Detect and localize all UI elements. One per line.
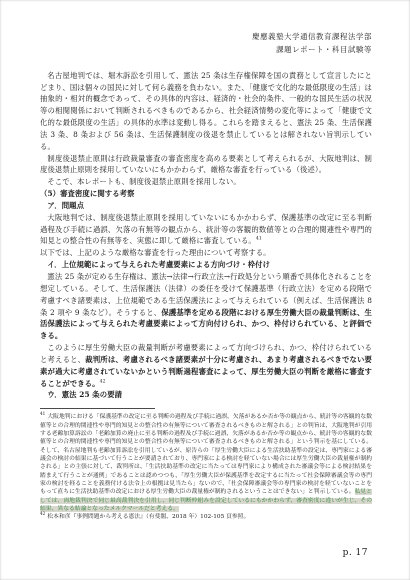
heading-u-article25: ウ．憲法 25 条の要請 bbox=[40, 389, 372, 401]
header-report-line: 課題レポート・科目試験等 bbox=[40, 43, 372, 56]
paragraph-report-position: そこで、本レポートも、制度後退禁止原則を採用しない。 bbox=[40, 176, 372, 188]
paragraph-higher-norms: 憲法 25 条が定める生存権は、憲法→法律→行政立法→行政処分という順番で具体化… bbox=[40, 271, 372, 342]
footnote-41-marker: 41 bbox=[40, 411, 45, 416]
page-footer: p. 17 bbox=[343, 548, 368, 558]
footnote-41-text: 大阪地判における「保護基準の改定に至る判断の過程及び手続に過誤、欠落があるか否か… bbox=[40, 414, 372, 495]
footnote-42-text: 松本和彦『事例問題から考える憲法』（有斐閣、2018 年）102-105 頁参照… bbox=[47, 514, 249, 520]
paragraph-process-review-emphasis: 裁判所は、考慮されるべき諸要素が十分に考慮され、あまり考慮されるべきでない要素が… bbox=[40, 355, 372, 388]
footnote-ref-42: 42 bbox=[100, 379, 106, 384]
footnote-ref-41: 41 bbox=[256, 237, 262, 242]
paragraph-process-review: このように厚生労働大臣の裁量判断が考慮要素によって方向づけられ、かつ、枠付けられ… bbox=[40, 342, 372, 389]
document-body: 名古屋地判では、堀木訴訟を引用して、憲法 25 条は生存権保障を国の責務として宣… bbox=[40, 70, 372, 402]
footnote-42: 42松本和彦『事例問題から考える憲法』（有斐閣、2018 年）102-105 頁… bbox=[40, 513, 372, 521]
paragraph-review-reason-intro: 以下では、上記のような厳格な審査を行った理由について考察する。 bbox=[40, 247, 372, 259]
document-page: 慶應義塾大学通信教育課程法学部 課題レポート・科目試験等 名古屋地判では、堀木訴… bbox=[0, 0, 410, 580]
heading-i-framing: イ．上位規範によって与えられた考慮要素による方向づけ・枠付け bbox=[40, 259, 372, 271]
paragraph-osaka-strict-review: 大阪地判では、制度後退禁止原則を採用していないにもかかわらず、保護基準の改定に至… bbox=[40, 212, 372, 248]
page-header: 慶應義塾大学通信教育課程法学部 課題レポート・科目試験等 bbox=[40, 30, 372, 57]
heading-section-5: （5）審査密度に関する考察 bbox=[40, 188, 372, 200]
paragraph-osaka-strict-review-text: 大阪地判では、制度後退禁止原則を採用していないにもかかわらず、保護基準の改定に至… bbox=[40, 213, 372, 246]
paragraph-nagoya-ruling: 名古屋地判では、堀木訴訟を引用して、憲法 25 条は生存権保障を国の責務として宣… bbox=[40, 70, 372, 153]
header-faculty-line: 慶應義塾大学通信教育課程法学部 bbox=[40, 30, 372, 43]
paragraph-retrogression-principle: 制度後退禁止原則は行政裁量審査の審査密度を高める要素として考えられるが、大阪地判… bbox=[40, 153, 372, 177]
footnote-41: 41大阪地判における「保護基準の改定に至る判断の過程及び手続に過誤、欠落があるか… bbox=[40, 413, 372, 513]
footnote-separator bbox=[40, 408, 155, 409]
footnotes-section: 41大阪地判における「保護基準の改定に至る判断の過程及び手続に過誤、欠落があるか… bbox=[40, 413, 372, 521]
page-number: p. 17 bbox=[343, 548, 368, 558]
heading-a-issue: ア．問題点 bbox=[40, 200, 372, 212]
footnote-42-marker: 42 bbox=[40, 511, 45, 516]
